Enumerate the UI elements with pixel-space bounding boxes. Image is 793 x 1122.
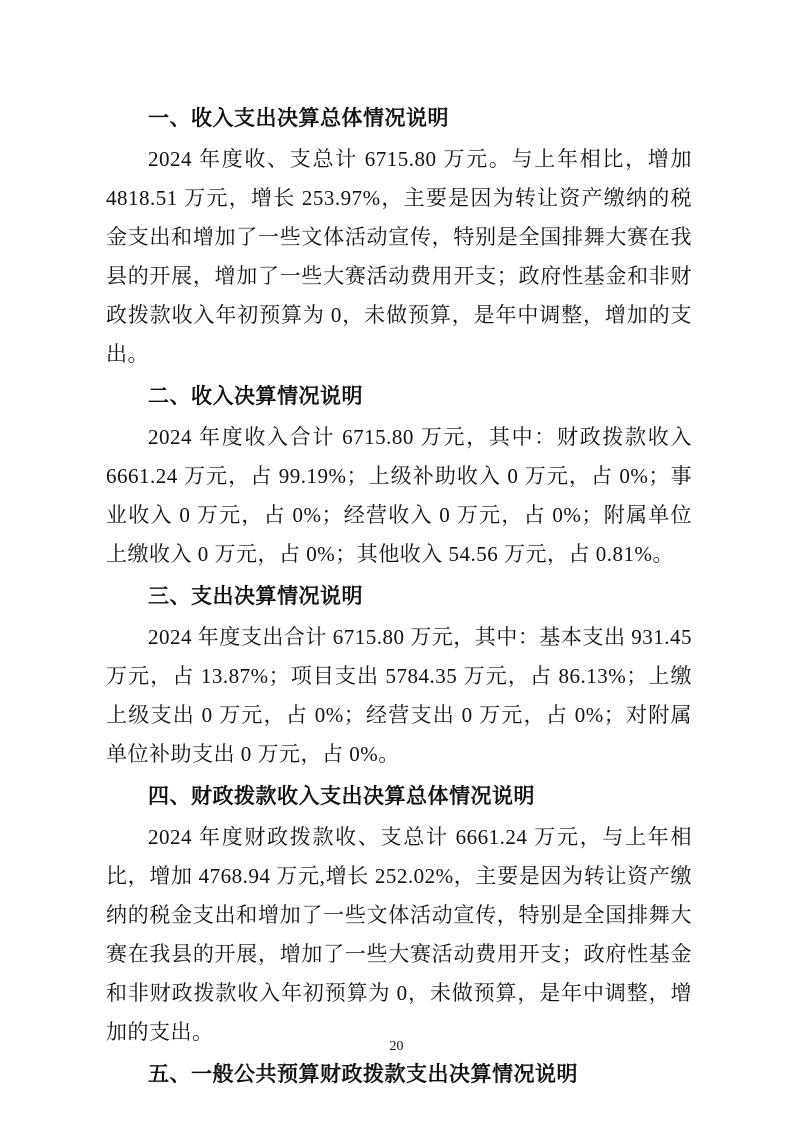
section-fiscal-appropriation-overview: 四、财政拨款收入支出决算总体情况说明 2024 年度财政拨款收、支总计 6661… bbox=[106, 774, 692, 1052]
document-content: 一、收入支出决算总体情况说明 2024 年度收、支总计 6715.80 万元。与… bbox=[106, 96, 692, 1096]
section-heading: 三、支出决算情况说明 bbox=[106, 574, 692, 618]
section-paragraph: 2024 年度支出合计 6715.80 万元，其中：基本支出 931.45 万元… bbox=[106, 618, 692, 774]
section-heading: 五、一般公共预算财政拨款支出决算情况说明 bbox=[106, 1052, 692, 1096]
page-number: 20 bbox=[0, 1038, 793, 1056]
section-heading: 四、财政拨款收入支出决算总体情况说明 bbox=[106, 774, 692, 818]
section-revenue-detail: 二、收入决算情况说明 2024 年度收入合计 6715.80 万元，其中：财政拨… bbox=[106, 374, 692, 574]
section-paragraph: 2024 年度收、支总计 6715.80 万元。与上年相比，增加 4818.51… bbox=[106, 140, 692, 374]
section-paragraph: 2024 年度财政拨款收、支总计 6661.24 万元，与上年相比，增加 476… bbox=[106, 818, 692, 1052]
section-expenditure-detail: 三、支出决算情况说明 2024 年度支出合计 6715.80 万元，其中：基本支… bbox=[106, 574, 692, 774]
section-heading: 二、收入决算情况说明 bbox=[106, 374, 692, 418]
section-revenue-expenditure-overview: 一、收入支出决算总体情况说明 2024 年度收、支总计 6715.80 万元。与… bbox=[106, 96, 692, 374]
section-general-public-budget-heading: 五、一般公共预算财政拨款支出决算情况说明 bbox=[106, 1052, 692, 1096]
section-paragraph: 2024 年度收入合计 6715.80 万元，其中：财政拨款收入 6661.24… bbox=[106, 418, 692, 574]
document-page: 一、收入支出决算总体情况说明 2024 年度收、支总计 6715.80 万元。与… bbox=[0, 0, 793, 1122]
section-heading: 一、收入支出决算总体情况说明 bbox=[106, 96, 692, 140]
